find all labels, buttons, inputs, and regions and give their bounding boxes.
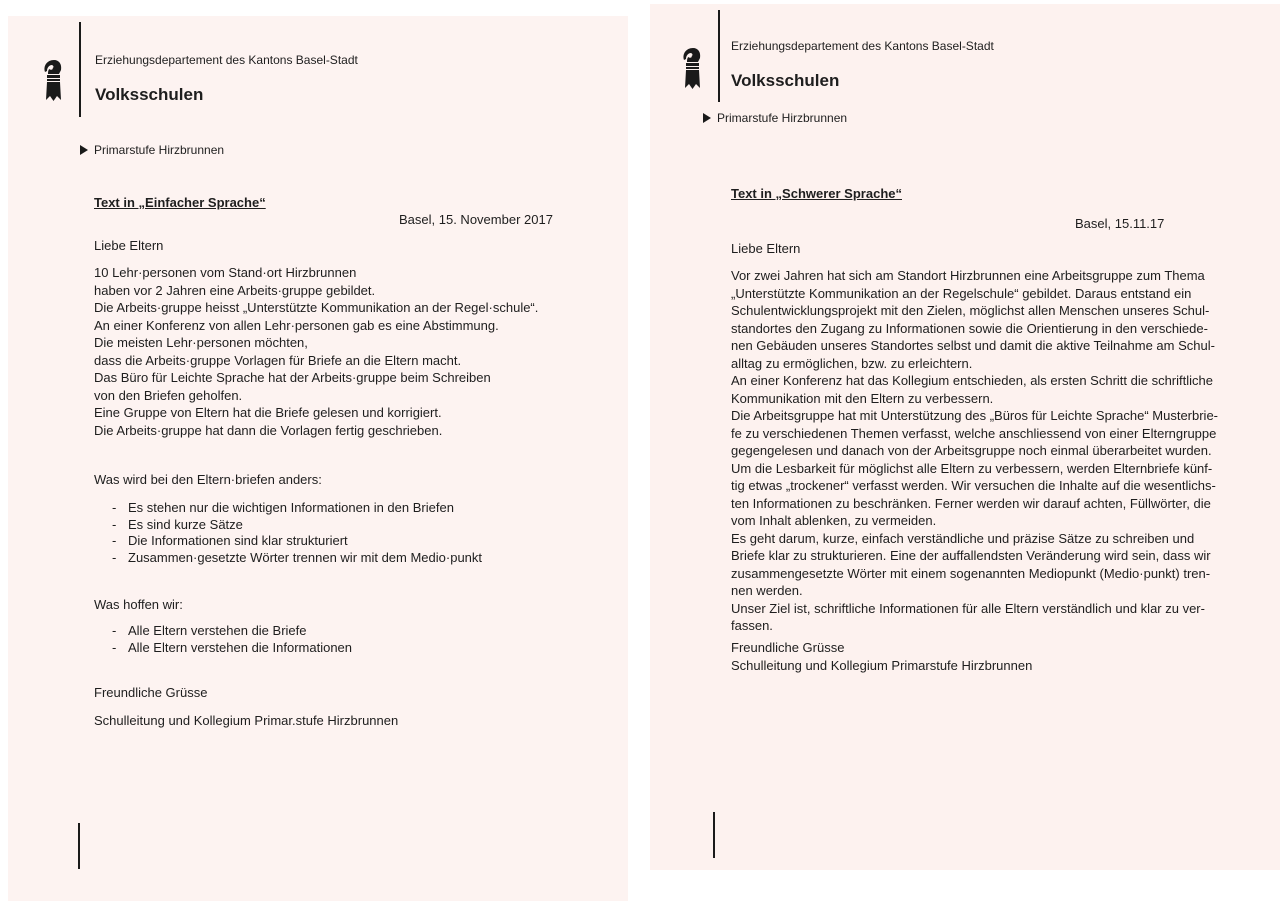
text-line: dass die Arbeits·gruppe Vorlagen für Bri…	[94, 352, 538, 370]
text-line: zusammengesetzte Wörter mit einem sogena…	[731, 565, 1218, 583]
closing: Freundliche Grüsse	[94, 684, 207, 702]
list-item: Alle Eltern verstehen die Briefe	[94, 623, 352, 640]
letter-heading: Text in „Einfacher Sprache“	[94, 195, 266, 210]
letterhead-rule	[718, 10, 720, 102]
text-line: von den Briefen geholfen.	[94, 387, 538, 405]
hopes-list: Alle Eltern verstehen die BriefeAlle Elt…	[94, 623, 352, 656]
footer-rule	[78, 823, 80, 869]
salutation: Liebe Eltern	[731, 240, 800, 258]
department-name: Erziehungsdepartement des Kantons Basel-…	[95, 53, 358, 67]
text-line: Vor zwei Jahren hat sich am Standort Hir…	[731, 267, 1218, 285]
text-line: ten Informationen zu beschränken. Ferner…	[731, 495, 1218, 513]
basel-staff-logo-icon	[680, 46, 702, 90]
text-line: tig etwas „trockener“ verfasst werden. W…	[731, 477, 1218, 495]
salutation: Liebe Eltern	[94, 237, 163, 255]
list-item: Alle Eltern verstehen die Informationen	[94, 640, 352, 657]
list-item: Zusammen·gesetzte Wörter trennen wir mit…	[94, 550, 482, 567]
hopes-heading: Was hoffen wir:	[94, 596, 183, 614]
text-line: haben vor 2 Jahren eine Arbeits·gruppe g…	[94, 282, 538, 300]
triangle-bullet-icon	[703, 113, 711, 123]
intro-paragraph: 10 Lehr·personen vom Stand·ort Hirzbrunn…	[94, 264, 538, 439]
letter-heading: Text in „Schwerer Sprache“	[731, 186, 902, 201]
text-line: Es geht darum, kurze, einfach verständli…	[731, 530, 1218, 548]
body-paragraph: Vor zwei Jahren hat sich am Standort Hir…	[731, 267, 1218, 635]
text-line: Briefe klar zu strukturieren. Eine der a…	[731, 547, 1218, 565]
text-line: vom Inhalt ablenken, zu vermeiden.	[731, 512, 1218, 530]
signature: Schulleitung und Kollegium Primar.stufe …	[94, 712, 398, 730]
text-line: An einer Konferenz hat das Kollegium ent…	[731, 372, 1218, 390]
basel-staff-logo-icon	[41, 58, 63, 102]
text-line: Die Arbeitsgruppe hat mit Unterstützung …	[731, 407, 1218, 425]
triangle-bullet-icon	[80, 145, 88, 155]
letterhead-rule	[79, 22, 81, 117]
office-title: Volksschulen	[95, 85, 203, 105]
school-name: Primarstufe Hirzbrunnen	[703, 111, 847, 125]
text-line: nen werden.	[731, 582, 1218, 600]
text-line: Die Arbeits·gruppe hat dann die Vorlagen…	[94, 422, 538, 440]
text-line: Kommunikation mit den Eltern zu verbesse…	[731, 390, 1218, 408]
letter-date: Basel, 15.11.17	[1075, 215, 1164, 233]
text-line: Das Büro für Leichte Sprache hat der Arb…	[94, 369, 538, 387]
changes-list: Es stehen nur die wichtigen Informatione…	[94, 500, 482, 566]
text-line: fe zu verschiedenen Themen verfasst, wel…	[731, 425, 1218, 443]
text-line: An einer Konferenz von allen Lehr·person…	[94, 317, 538, 335]
text-line: Unser Ziel ist, schriftliche Information…	[731, 600, 1218, 618]
list-item: Die Informationen sind klar strukturiert	[94, 533, 482, 550]
text-line: „Unterstützte Kommunikation an der Regel…	[731, 285, 1218, 303]
text-line: Die meisten Lehr·personen möchten,	[94, 334, 538, 352]
office-title: Volksschulen	[731, 71, 839, 91]
text-line: alltag zu ermöglichen, bzw. zu erleichte…	[731, 355, 1218, 373]
department-name: Erziehungsdepartement des Kantons Basel-…	[731, 39, 994, 53]
closing: Freundliche Grüsse	[731, 639, 844, 657]
text-line: Eine Gruppe von Eltern hat die Briefe ge…	[94, 404, 538, 422]
list-item: Es sind kurze Sätze	[94, 517, 482, 534]
letter-date: Basel, 15. November 2017	[399, 211, 553, 229]
list-item: Es stehen nur die wichtigen Informatione…	[94, 500, 482, 517]
text-line: fassen.	[731, 617, 1218, 635]
footer-rule	[713, 812, 715, 858]
signature: Schulleitung und Kollegium Primarstufe H…	[731, 657, 1032, 675]
text-line: Schulentwicklungsprojekt mit den Zielen,…	[731, 302, 1218, 320]
text-line: Um die Lesbarkeit für möglichst alle Elt…	[731, 460, 1218, 478]
text-line: Die Arbeits·gruppe heisst „Unterstützte …	[94, 299, 538, 317]
text-line: gegengelesen und danach von der Arbeitsg…	[731, 442, 1218, 460]
text-line: nen Gebäuden unseres Standortes selbst u…	[731, 337, 1218, 355]
text-line: 10 Lehr·personen vom Stand·ort Hirzbrunn…	[94, 264, 538, 282]
changes-heading: Was wird bei den Eltern·briefen anders:	[94, 471, 322, 489]
school-name: Primarstufe Hirzbrunnen	[80, 143, 224, 157]
text-line: standortes den Zugang zu Informationen s…	[731, 320, 1218, 338]
